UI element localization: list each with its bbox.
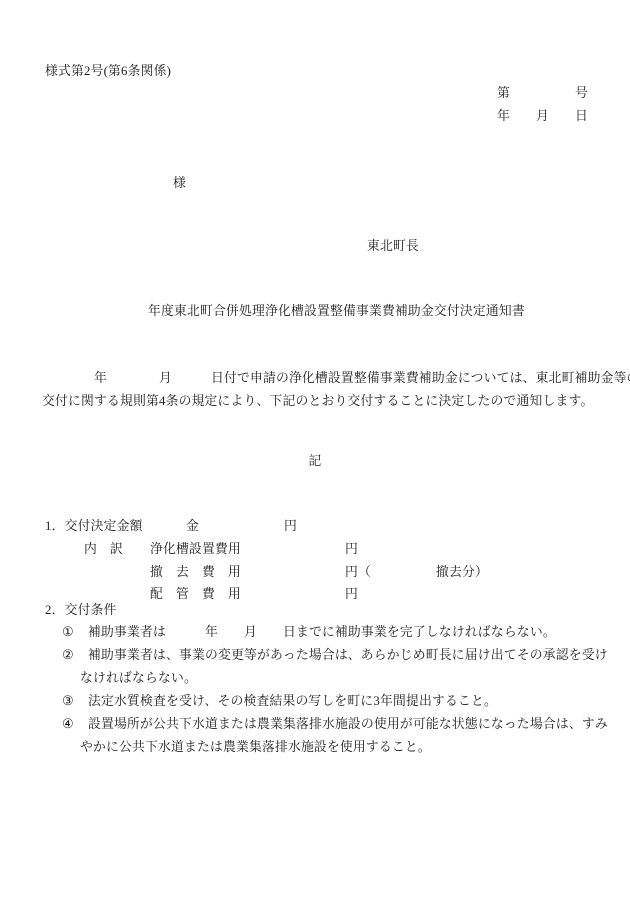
- document-page: 様式第2号(第6条関係) 第 号 年 月 日 様 東北町長 年度東北町合併処理浄…: [0, 0, 630, 903]
- breakdown-row-label-removal: 撤 去 費 用: [150, 564, 241, 580]
- section1-heading: 1．交付決定金額: [45, 518, 143, 534]
- issue-date-line: 年 月 日: [497, 108, 588, 124]
- decided-amount-unit: 円: [284, 518, 297, 534]
- condition-4-text-wrap: やかに公共下水道または農業集落排水施設を使用すること。: [80, 739, 431, 755]
- condition-3-number: ③: [62, 693, 74, 709]
- body-paragraph-line-1: 年 月 日付で申請の浄化槽設置整備事業費補助金については、東北町補助金等の: [42, 370, 630, 386]
- record-marker: 記: [0, 453, 630, 469]
- breakdown-row-label-piping: 配 管 費 用: [150, 586, 241, 602]
- condition-2-number: ②: [62, 647, 74, 663]
- breakdown-row-unit-piping: 円: [345, 586, 358, 602]
- decided-amount-prefix: 金: [186, 518, 199, 534]
- condition-1-text: 補助事業者は 年 月 日までに補助事業を完了しなければならない。: [88, 624, 556, 640]
- condition-2-text-wrap: なければならない。: [80, 670, 197, 686]
- breakdown-label: 内 訳: [84, 541, 123, 557]
- sender-name: 東北町長: [367, 238, 419, 254]
- form-number-label: 様式第2号(第6条関係): [45, 63, 171, 79]
- section2-heading: 2．交付条件: [45, 602, 117, 618]
- condition-4-number: ④: [62, 716, 74, 732]
- body-paragraph-line-2: 交付に関する規則第4条の規定により、下記のとおり交付することに決定したので通知し…: [42, 393, 593, 409]
- doc-number-line: 第 号: [497, 85, 588, 101]
- breakdown-row-unit-removal: 円（ 撤去分）: [345, 564, 488, 580]
- breakdown-row-unit-installation: 円: [345, 541, 358, 557]
- breakdown-row-label-installation: 浄化槽設置費用: [150, 541, 241, 557]
- condition-1-number: ①: [62, 624, 74, 640]
- condition-4-text: 設置場所が公共下水道または農業集落排水施設の使用が可能な状態になった場合は、すみ: [88, 716, 608, 732]
- condition-2-text: 補助事業者は、事業の変更等があった場合は、あらかじめ町長に届け出てその承認を受け: [88, 647, 608, 663]
- document-title: 年度東北町合併処理浄化槽設置整備事業費補助金交付決定通知書: [148, 303, 525, 319]
- condition-3-text: 法定水質検査を受け、その検査結果の写しを町に3年間提出すること。: [88, 693, 497, 709]
- recipient-honorific: 様: [173, 175, 186, 191]
